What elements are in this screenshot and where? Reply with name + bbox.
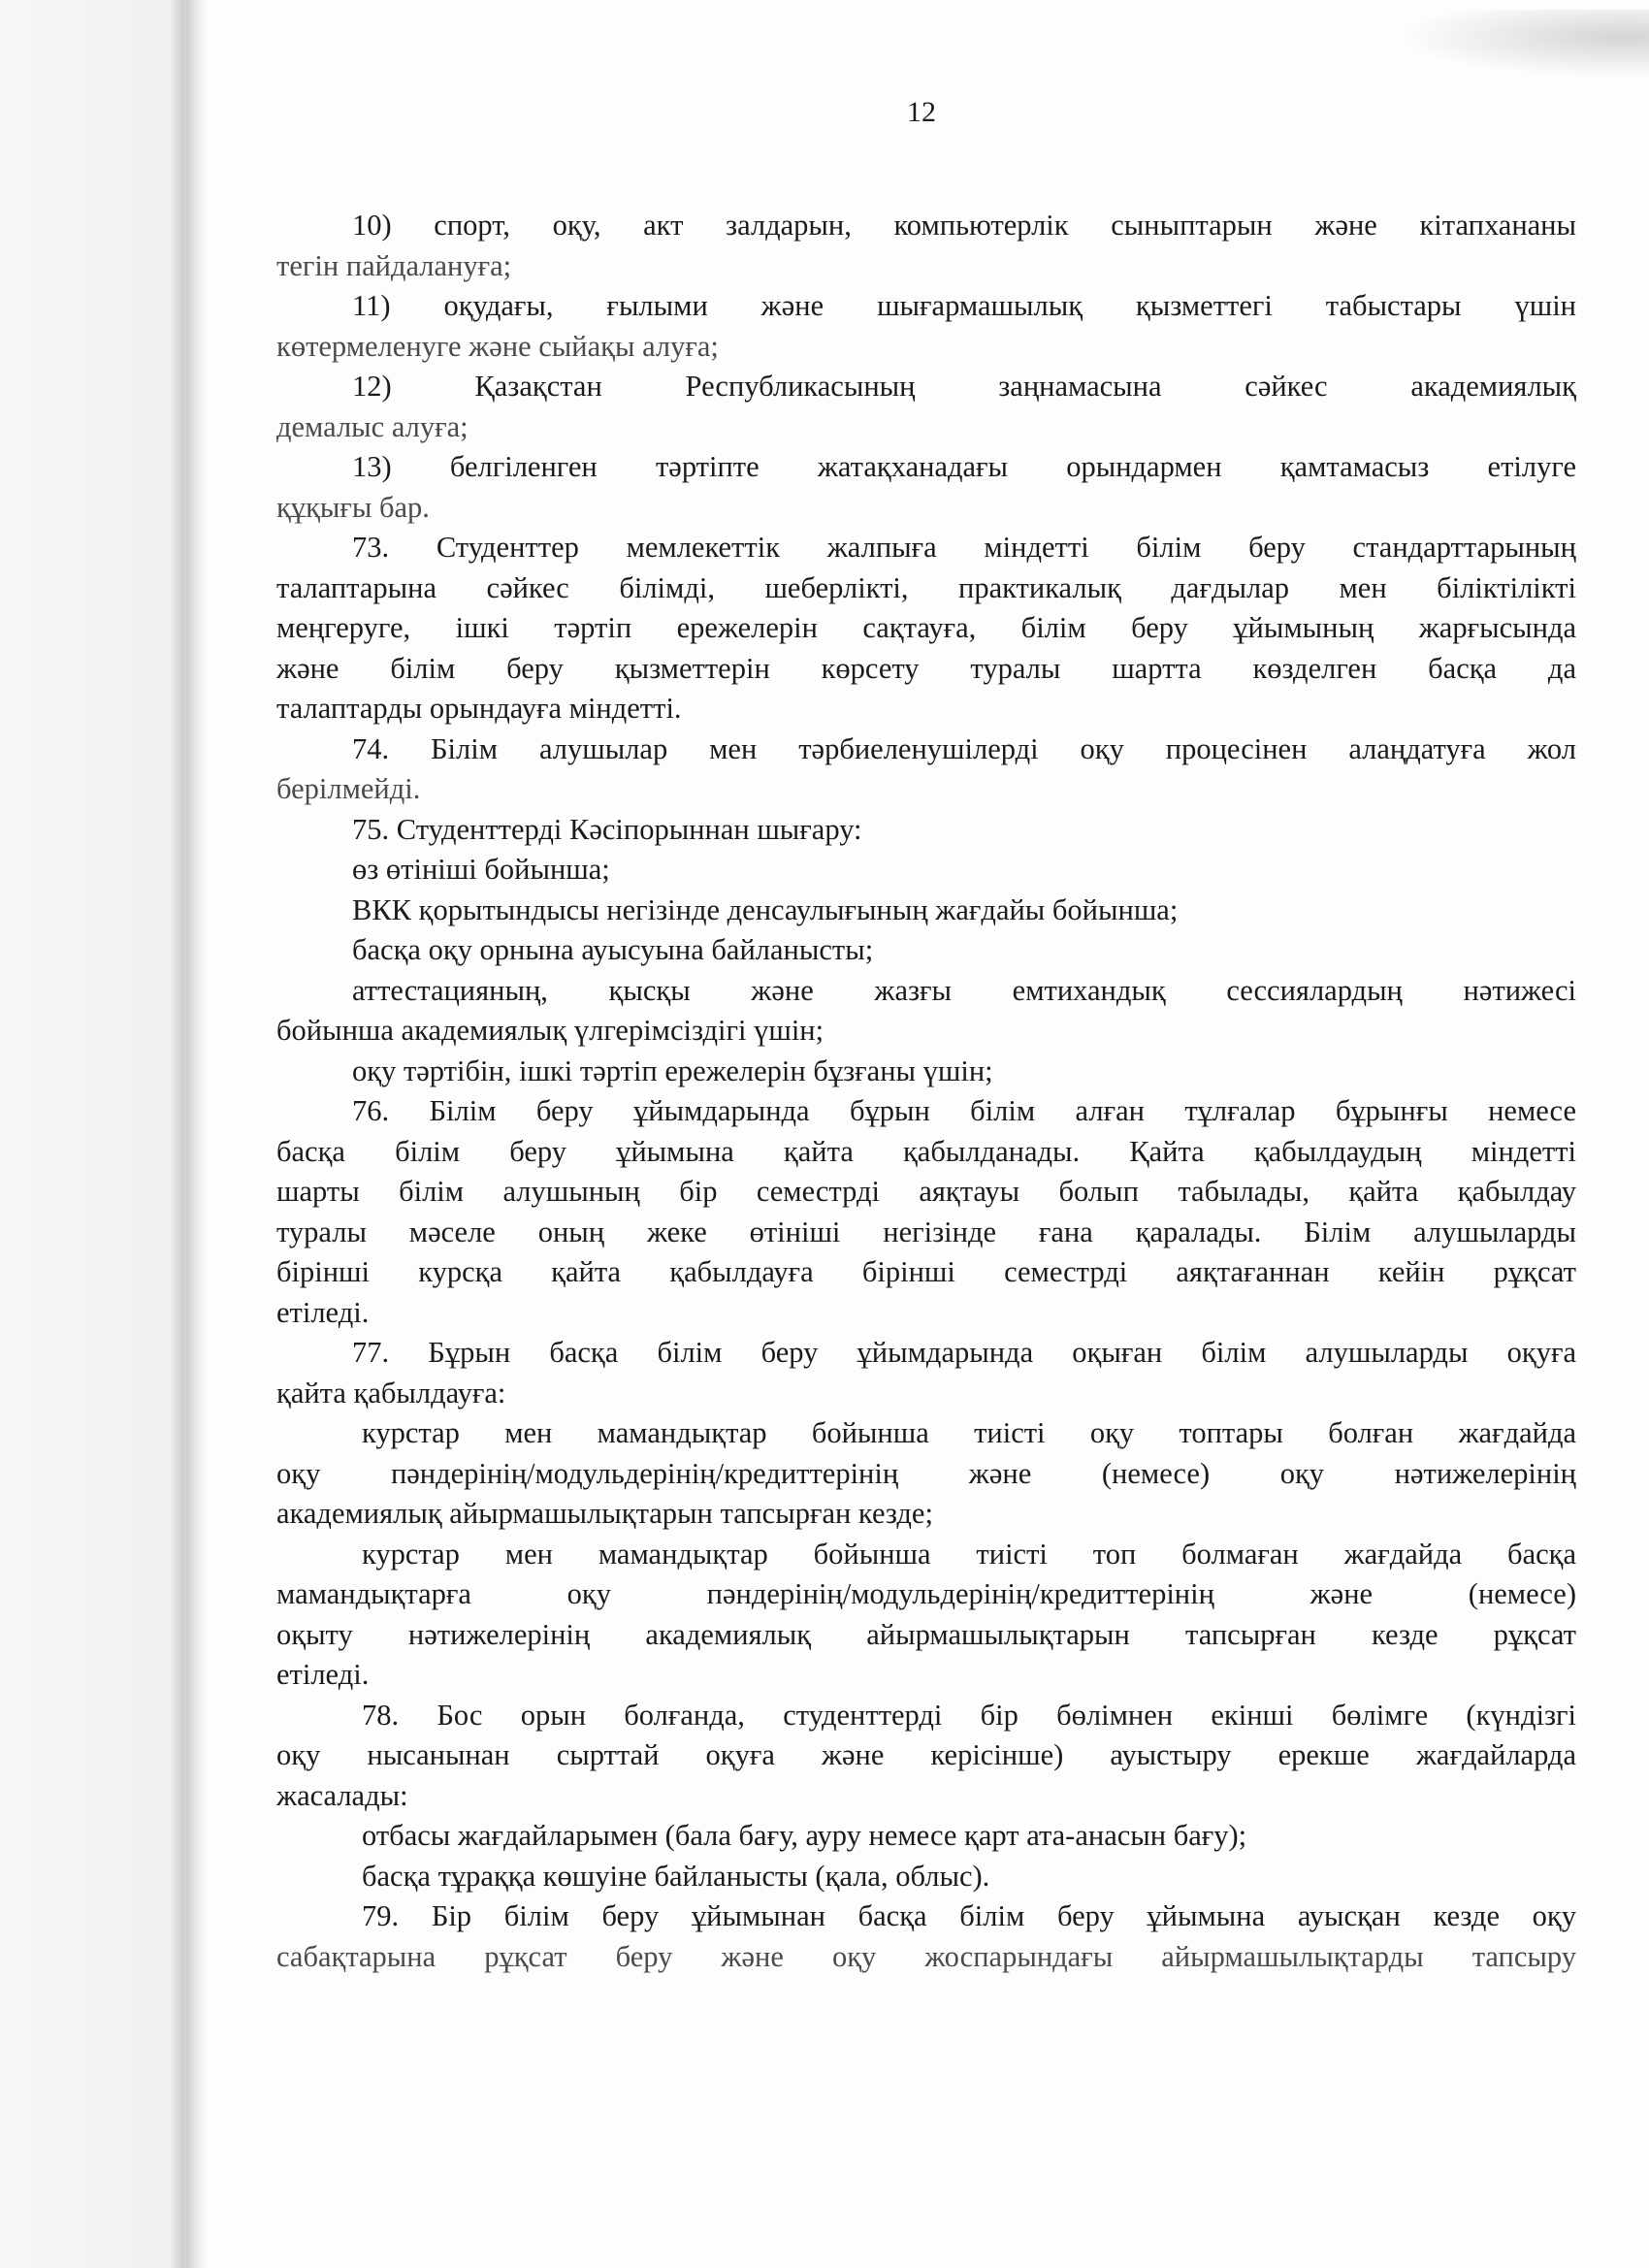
text-line: көтермеленуге және сыйақы алуға;	[276, 327, 1576, 368]
text-line: берілмейді.	[276, 769, 1576, 810]
text-line: оқу нысанынан сырттай оқуға және керісін…	[276, 1735, 1576, 1776]
text-line: академиялық айырмашылықтарын тапсырған к…	[276, 1494, 1576, 1535]
text-line: 13) белгіленген тәртіпте жатақханадағы о…	[276, 447, 1576, 488]
book-gutter-shadow	[170, 0, 209, 2268]
text-line: талаптарды орындауға міндетті.	[276, 689, 1576, 729]
text-line: 76. Білім беру ұйымдарында бұрын білім а…	[276, 1091, 1576, 1132]
text-line: етіледі.	[276, 1293, 1576, 1334]
text-line: құқығы бар.	[276, 488, 1576, 529]
text-line: бірінші курсқа қайта қабылдауға бірінші …	[276, 1252, 1576, 1293]
text-line: 79. Бір білім беру ұйымынан басқа білім …	[276, 1896, 1576, 1937]
text-line: бойынша академиялық үлгерімсіздігі үшін;	[276, 1011, 1576, 1052]
text-line: курстар мен мамандықтар бойынша тиісті т…	[276, 1535, 1576, 1575]
text-line: оқу пәндерінің/модульдерінің/кредиттерін…	[276, 1454, 1576, 1495]
text-line: 11) оқудағы, ғылыми және шығармашылық қы…	[276, 286, 1576, 327]
text-line: сабақтарына рұқсат беру және оқу жоспары…	[276, 1937, 1576, 1978]
text-line: туралы мәселе оның жеке өтініші негізінд…	[276, 1213, 1576, 1253]
text-line: шарты білім алушының бір семестрді аяқта…	[276, 1172, 1576, 1213]
text-line: талаптарына сәйкес білімді, шеберлікті, …	[276, 568, 1576, 609]
scan-shadow	[1397, 10, 1649, 78]
text-line: курстар мен мамандықтар бойынша тиісті о…	[276, 1413, 1576, 1454]
text-line: басқа білім беру ұйымына қайта қабылдана…	[276, 1132, 1576, 1173]
text-line: аттестацияның, қысқы және жазғы емтиханд…	[276, 971, 1576, 1012]
text-line: және білім беру қызметтерін көрсету тура…	[276, 649, 1576, 690]
text-line: демалыс алуға;	[276, 407, 1576, 448]
text-line: 12) Қазақстан Республикасының заңнамасын…	[276, 367, 1576, 407]
text-line: басқа тұраққа көшуіне байланысты (қала, …	[276, 1857, 1576, 1897]
text-line: жасалады:	[276, 1776, 1576, 1817]
adjacent-page-edge	[0, 0, 184, 2268]
text-line: 75. Студенттерді Кәсіпорыннан шығару:	[276, 810, 1576, 851]
text-line: 77. Бұрын басқа білім беру ұйымдарында о…	[276, 1333, 1576, 1374]
text-line: ВКК қорытындысы негізінде денсаулығының …	[276, 891, 1576, 931]
document-body: 10) спорт, оқу, акт залдарын, компьютерл…	[276, 206, 1576, 1977]
text-line: мамандықтарға оқу пәндерінің/модульдерін…	[276, 1574, 1576, 1615]
text-line: өз өтініші бойынша;	[276, 850, 1576, 891]
text-line: 74. Білім алушылар мен тәрбиеленушілерді…	[276, 729, 1576, 770]
text-line: етіледі.	[276, 1655, 1576, 1696]
text-line: тегін пайдалануға;	[276, 246, 1576, 287]
page-number: 12	[0, 93, 1649, 132]
text-line: басқа оқу орнына ауысуына байланысты;	[276, 930, 1576, 971]
text-line: 73. Студенттер мемлекеттік жалпыға мінде…	[276, 528, 1576, 568]
text-line: отбасы жағдайларымен (бала бағу, ауру не…	[276, 1816, 1576, 1857]
text-line: 10) спорт, оқу, акт залдарын, компьютерл…	[276, 206, 1576, 246]
text-line: 78. Бос орын болғанда, студенттерді бір …	[276, 1696, 1576, 1736]
text-line: оқыту нәтижелерінің академиялық айырмашы…	[276, 1615, 1576, 1656]
text-line: оқу тәртібін, ішкі тәртіп ережелерін бұз…	[276, 1052, 1576, 1092]
text-line: меңгеруге, ішкі тәртіп ережелерін сақтау…	[276, 608, 1576, 649]
text-line: қайта қабылдауға:	[276, 1374, 1576, 1414]
